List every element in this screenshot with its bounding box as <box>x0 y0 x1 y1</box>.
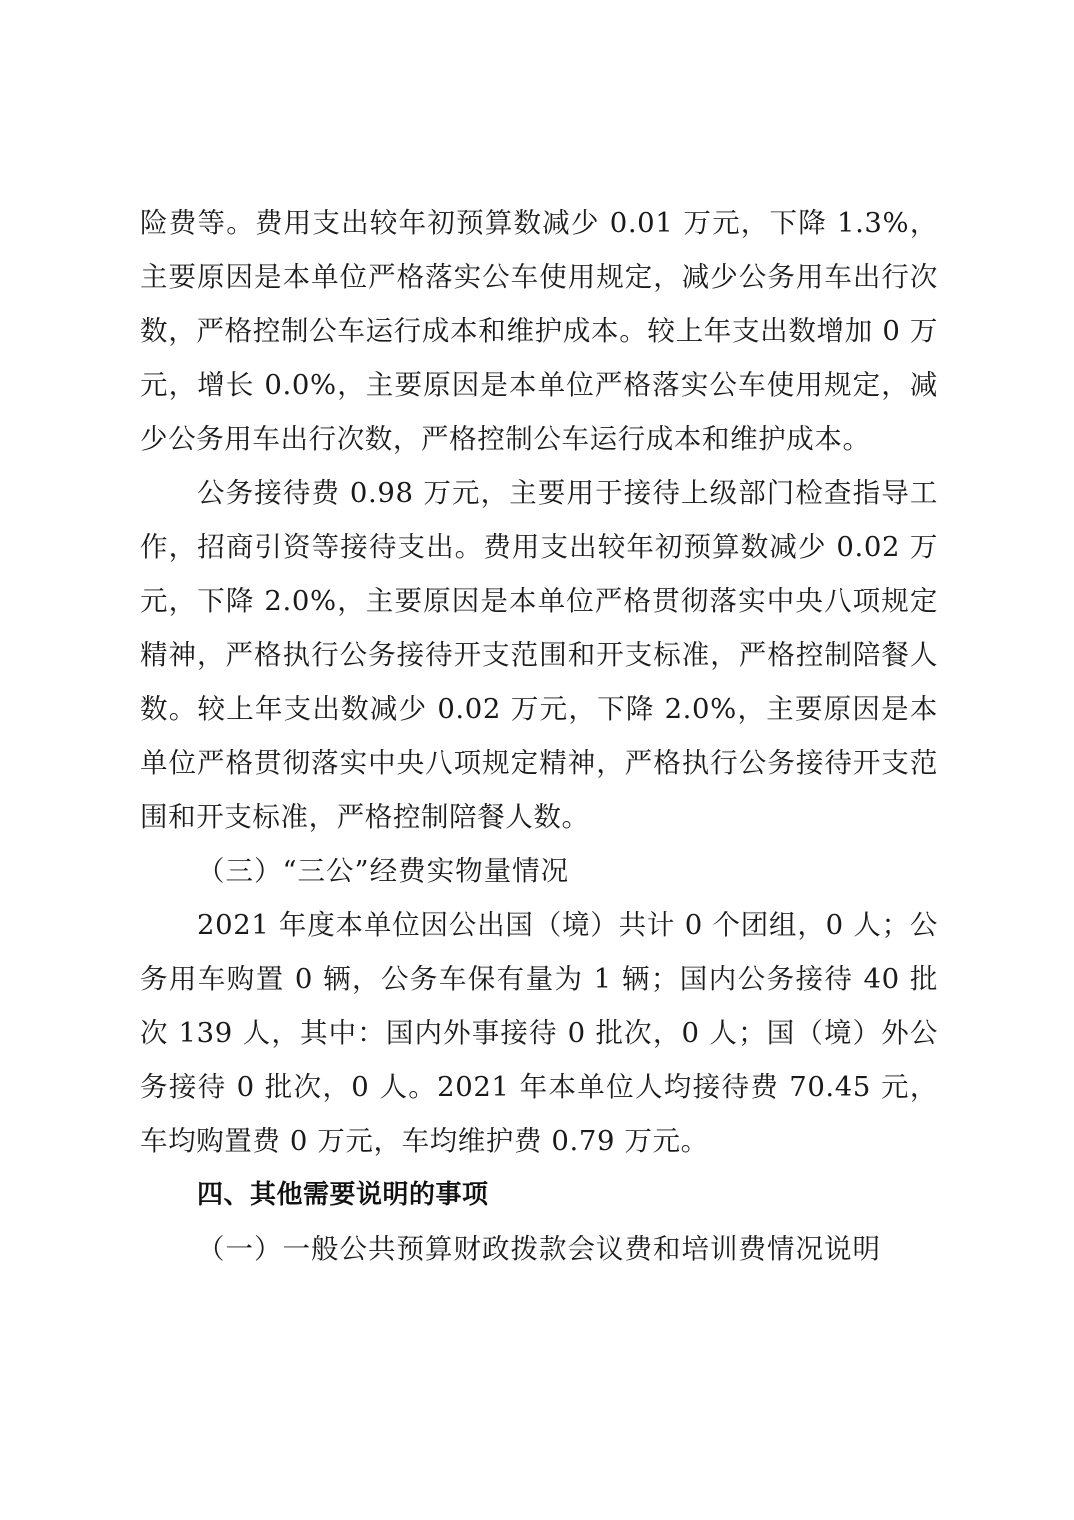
document-page: 险费等。费用支出较年初预算数减少 0.01 万元，下降 1.3%，主要原因是本单… <box>140 196 938 1276</box>
paragraph-quantities: 2021 年度本单位因公出国（境）共计 0 个团组，0 人；公务用车购置 0 辆… <box>140 898 938 1168</box>
paragraph-reception-fee: 公务接待费 0.98 万元，主要用于接待上级部门检查指导工作，招商引资等接待支出… <box>140 466 938 844</box>
subheading-meeting-training-fees: （一）一般公共预算财政拨款会议费和培训费情况说明 <box>140 1222 938 1276</box>
section-heading-other-matters: 四、其他需要说明的事项 <box>140 1168 938 1222</box>
subheading-three-public-quantities: （三）“三公”经费实物量情况 <box>140 844 938 898</box>
paragraph-vehicle-costs: 险费等。费用支出较年初预算数减少 0.01 万元，下降 1.3%，主要原因是本单… <box>140 196 938 466</box>
